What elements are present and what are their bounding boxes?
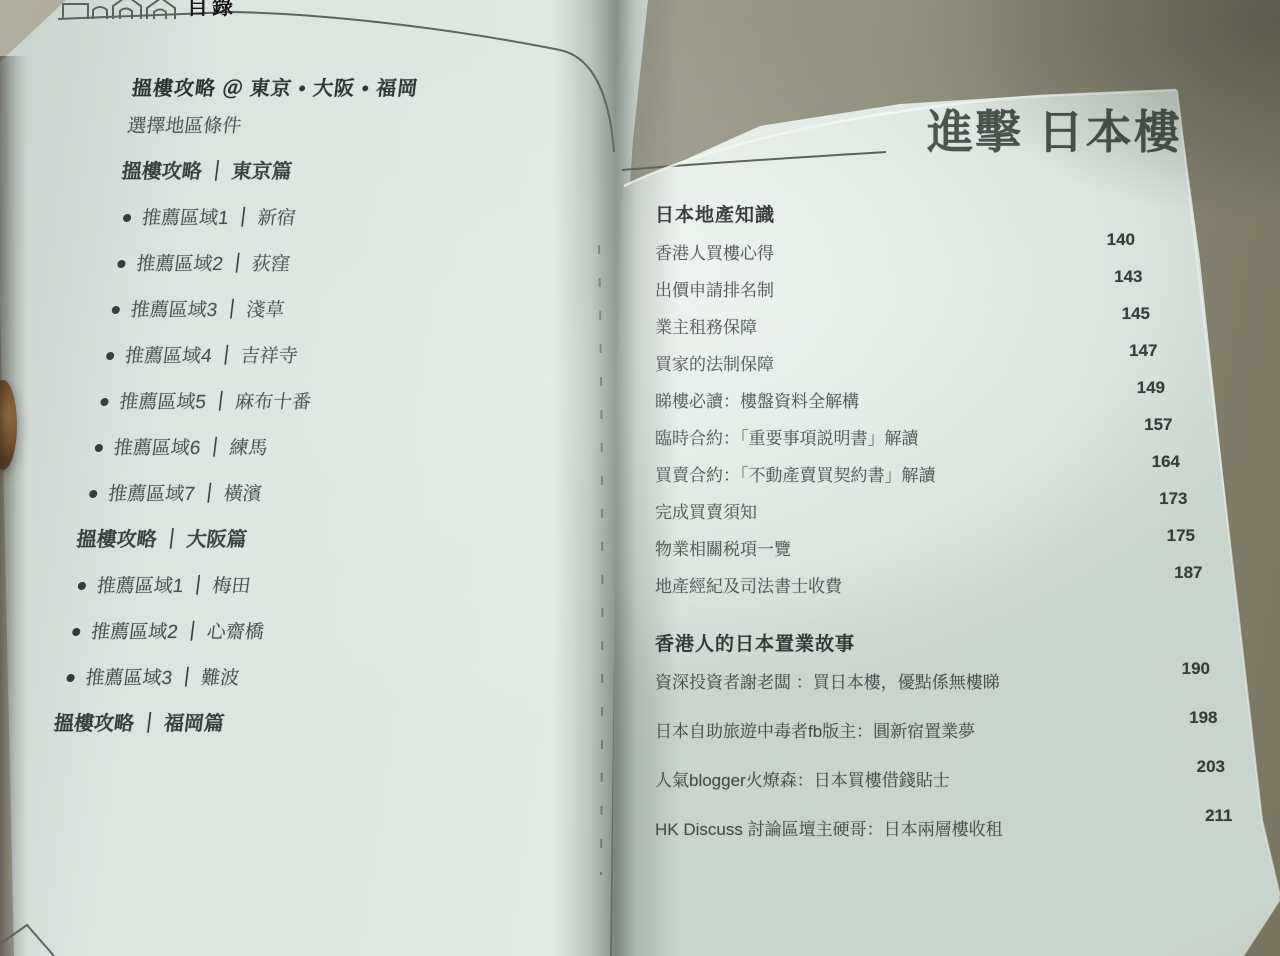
toc-entry: 地產經紀及司法書士收費 187: [655, 572, 1135, 609]
toc-row: 推薦區域2｜荻窪: [109, 255, 591, 274]
toc-row-value: 淺草: [245, 300, 286, 321]
toc-entry-title: 業主租務保障: [655, 318, 757, 337]
bullet-icon: [100, 398, 109, 406]
divider-bar: ｜: [176, 668, 198, 689]
toc-section: 香港人的日本置業故事 資深投資者謝老闆 ：買日本樓，優點係無樓睇 190 日本自…: [655, 629, 1135, 864]
book-spread-photo: 目錄 搵樓攻略 ＠ 東京 • 大阪 • 福岡 選擇地區條件 搵樓攻略｜東京篇 推…: [0, 0, 1280, 956]
toc-entry-title: HK Discuss 討論區壇主硬哥：日本兩層樓收租: [655, 820, 1003, 839]
page-number: 149: [1137, 378, 1165, 398]
divider-bar: ｜: [205, 161, 228, 183]
page-edge-shadow: [0, 56, 28, 956]
toc-row-value: 難波: [200, 668, 241, 689]
page-number: 187: [1174, 563, 1202, 583]
toc-row-label: 推薦區域3: [84, 668, 173, 689]
divider-bar: ｜: [204, 438, 226, 459]
toc-corner-label: 目錄: [187, 0, 237, 21]
toc-row-value: 練馬: [228, 438, 269, 459]
bullet-icon: [77, 582, 86, 590]
left-page-header: 搵樓攻略 ＠ 東京 • 大阪 • 福岡: [130, 72, 614, 101]
chapter-title: 進擊 日本樓: [927, 96, 1182, 162]
page-number: 190: [1182, 659, 1210, 679]
toc-entry: 買賣合約：「不動產賣買契約書」解讀 164: [655, 461, 1135, 498]
page-number: 157: [1144, 415, 1172, 435]
page-number: 164: [1152, 452, 1180, 472]
section-heading: 日本地產知識: [655, 200, 1135, 227]
toc-entry: 人氣blogger火燎森：日本買樓借錢貼士 203: [655, 766, 1135, 815]
toc-entry-title: 香港人買樓心得: [655, 244, 774, 263]
left-toc: 搵樓攻略 ＠ 東京 • 大阪 • 福岡 選擇地區條件 搵樓攻略｜東京篇 推薦區域…: [53, 64, 615, 734]
toc-row: 推薦區域6｜練馬: [87, 439, 569, 458]
toc-entry: 臨時合約：「重要事項説明書」解讀 157: [655, 424, 1135, 461]
page-number: 147: [1129, 341, 1157, 361]
toc-row-value: 新宿: [256, 208, 297, 229]
toc-entry-title: 睇樓必讀：樓盤資料全解構: [655, 392, 859, 411]
toc-row: 搵樓攻略｜福岡篇: [53, 714, 535, 734]
toc-row: 推薦區域3｜難波: [58, 669, 540, 688]
divider-bar: ｜: [187, 576, 209, 597]
divider-bar: ｜: [138, 713, 161, 735]
toc-row-value: 梅田: [211, 576, 252, 597]
toc-entry-title: 完成買賣須知: [655, 503, 757, 522]
page-number: 145: [1122, 304, 1150, 324]
toc-entry-title: 出價申請排名制: [655, 281, 774, 300]
toc-row-label: 推薦區域7: [107, 484, 196, 505]
toc-row-label: 推薦區域3: [129, 300, 218, 321]
toc-row-label: 推薦區域2: [90, 622, 179, 643]
toc-row-label: 推薦區域4: [124, 346, 213, 367]
toc-row-value: 荻窪: [251, 254, 292, 275]
page-number: 198: [1189, 708, 1217, 728]
toc-row-label: 推薦區域1: [141, 208, 230, 229]
divider-bar: ｜: [181, 622, 203, 643]
toc-entry: 睇樓必讀：樓盤資料全解構 149: [655, 387, 1135, 424]
toc-entry-title: 日本自助旅遊中毒者fb版主：圓新宿置業夢: [655, 722, 975, 741]
toc-row: 推薦區域7｜橫濱: [81, 485, 563, 504]
bullet-icon: [123, 214, 132, 222]
page-number: 143: [1114, 267, 1142, 287]
divider-bar: ｜: [198, 484, 220, 505]
toc-entry: 買家的法制保障 147: [655, 350, 1135, 387]
section-heading: 香港人的日本置業故事: [655, 629, 1135, 656]
toc-entry-title: 人氣blogger火燎森：日本買樓借錢貼士: [655, 771, 950, 790]
bullet-icon: [66, 674, 75, 682]
toc-entry: 出價申請排名制 143: [655, 276, 1135, 313]
section-entries: 資深投資者謝老闆 ：買日本樓，優點係無樓睇 190 日本自助旅遊中毒者fb版主：…: [655, 668, 1135, 864]
toc-section: 日本地產知識 香港人買樓心得 140 出價申請排名制 143 業主租務保障 14…: [655, 200, 1135, 609]
divider-bar: [245, 116, 248, 137]
toc-entry-title: 物業相關税項一覽: [655, 540, 791, 559]
divider-bar: ｜: [221, 300, 243, 321]
toc-entry: HK Discuss 討論區壇主硬哥：日本兩層樓收租 211: [655, 815, 1135, 864]
page-number: 203: [1197, 757, 1225, 777]
page-number: 211: [1205, 806, 1232, 826]
page-number: 173: [1159, 489, 1187, 509]
toc-row-label: 搵樓攻略: [75, 529, 158, 551]
bullet-icon: [106, 352, 115, 360]
divider-bar: ｜: [227, 254, 249, 275]
left-toc-rows: 選擇地區條件 搵樓攻略｜東京篇 推薦區域1｜新宿 推薦區域2｜荻窪 推薦區域3｜…: [53, 117, 609, 734]
toc-row: 推薦區域2｜心齋橋: [64, 623, 546, 642]
page-number: 140: [1107, 230, 1135, 250]
toc-entry: 日本自助旅遊中毒者fb版主：圓新宿置業夢 198: [655, 717, 1135, 766]
toc-row: 選擇地區條件: [126, 117, 608, 136]
toc-row-label: 選擇地區條件: [126, 116, 243, 137]
toc-row-label: 搵樓攻略: [53, 713, 136, 735]
toc-row-label: 推薦區域1: [96, 576, 185, 597]
bullet-icon: [117, 260, 126, 268]
toc-entry: 物業相關税項一覽 175: [655, 535, 1135, 572]
divider-bar: ｜: [232, 208, 254, 229]
toc-sections: 日本地產知識 香港人買樓心得 140 出價申請排名制 143 業主租務保障 14…: [655, 200, 1135, 864]
toc-row: 推薦區域1｜梅田: [70, 577, 552, 596]
toc-row-value: 橫濱: [222, 484, 263, 505]
toc-row-value: 吉祥寺: [239, 346, 299, 367]
toc-entry: 資深投資者謝老闆 ：買日本樓，優點係無樓睇 190: [655, 668, 1135, 717]
toc-row-value: [250, 116, 253, 137]
toc-row-value: 麻布十番: [234, 392, 313, 413]
toc-entry: 香港人買樓心得 140: [655, 239, 1135, 276]
toc-entry: 完成買賣須知 173: [655, 498, 1135, 535]
toc-entry-title: 臨時合約：「重要事項説明書」解讀: [655, 429, 919, 448]
toc-row: 推薦區域1｜新宿: [115, 209, 597, 228]
toc-row: 推薦區域5｜麻布十番: [92, 393, 574, 412]
toc-row-value: 心齋橋: [206, 622, 266, 643]
divider-bar: ｜: [210, 392, 232, 413]
toc-entry-title: 買家的法制保障: [655, 355, 774, 374]
toc-row-value: 東京篇: [230, 161, 293, 183]
toc-entry: 業主租務保障 145: [655, 313, 1135, 350]
toc-entry-title: 地產經紀及司法書士收費: [655, 577, 842, 596]
toc-row: 推薦區域3｜淺草: [104, 301, 586, 320]
toc-entry-title: 買賣合約：「不動產賣買契約書」解讀: [655, 466, 936, 485]
toc-row-value: 福岡篇: [163, 713, 226, 735]
bullet-icon: [111, 306, 120, 314]
toc-row-label: 推薦區域2: [135, 254, 224, 275]
bullet-icon: [89, 490, 98, 498]
toc-row-value: 大阪篇: [185, 529, 248, 551]
page-number: 175: [1167, 526, 1195, 546]
section-entries: 香港人買樓心得 140 出價申請排名制 143 業主租務保障 145 買家的法制…: [655, 239, 1135, 609]
toc-row: 搵樓攻略｜東京篇: [121, 162, 603, 182]
toc-row-label: 推薦區域6: [113, 438, 202, 459]
bullet-icon: [72, 628, 81, 636]
divider-bar: ｜: [215, 346, 237, 367]
toc-entry-title: 資深投資者謝老闆 ：買日本樓，優點係無樓睇: [655, 673, 1000, 692]
toc-row-label: 搵樓攻略: [120, 161, 203, 183]
bullet-icon: [94, 444, 103, 452]
toc-row: 搵樓攻略｜大阪篇: [75, 530, 557, 550]
divider-bar: ｜: [160, 529, 183, 551]
toc-row: 推薦區域4｜吉祥寺: [98, 347, 580, 366]
right-toc: 進擊 日本樓 日本地產知識 香港人買樓心得 140 出價申請排名制 143 業主…: [655, 96, 1135, 864]
toc-row-label: 推薦區域5: [118, 392, 207, 413]
